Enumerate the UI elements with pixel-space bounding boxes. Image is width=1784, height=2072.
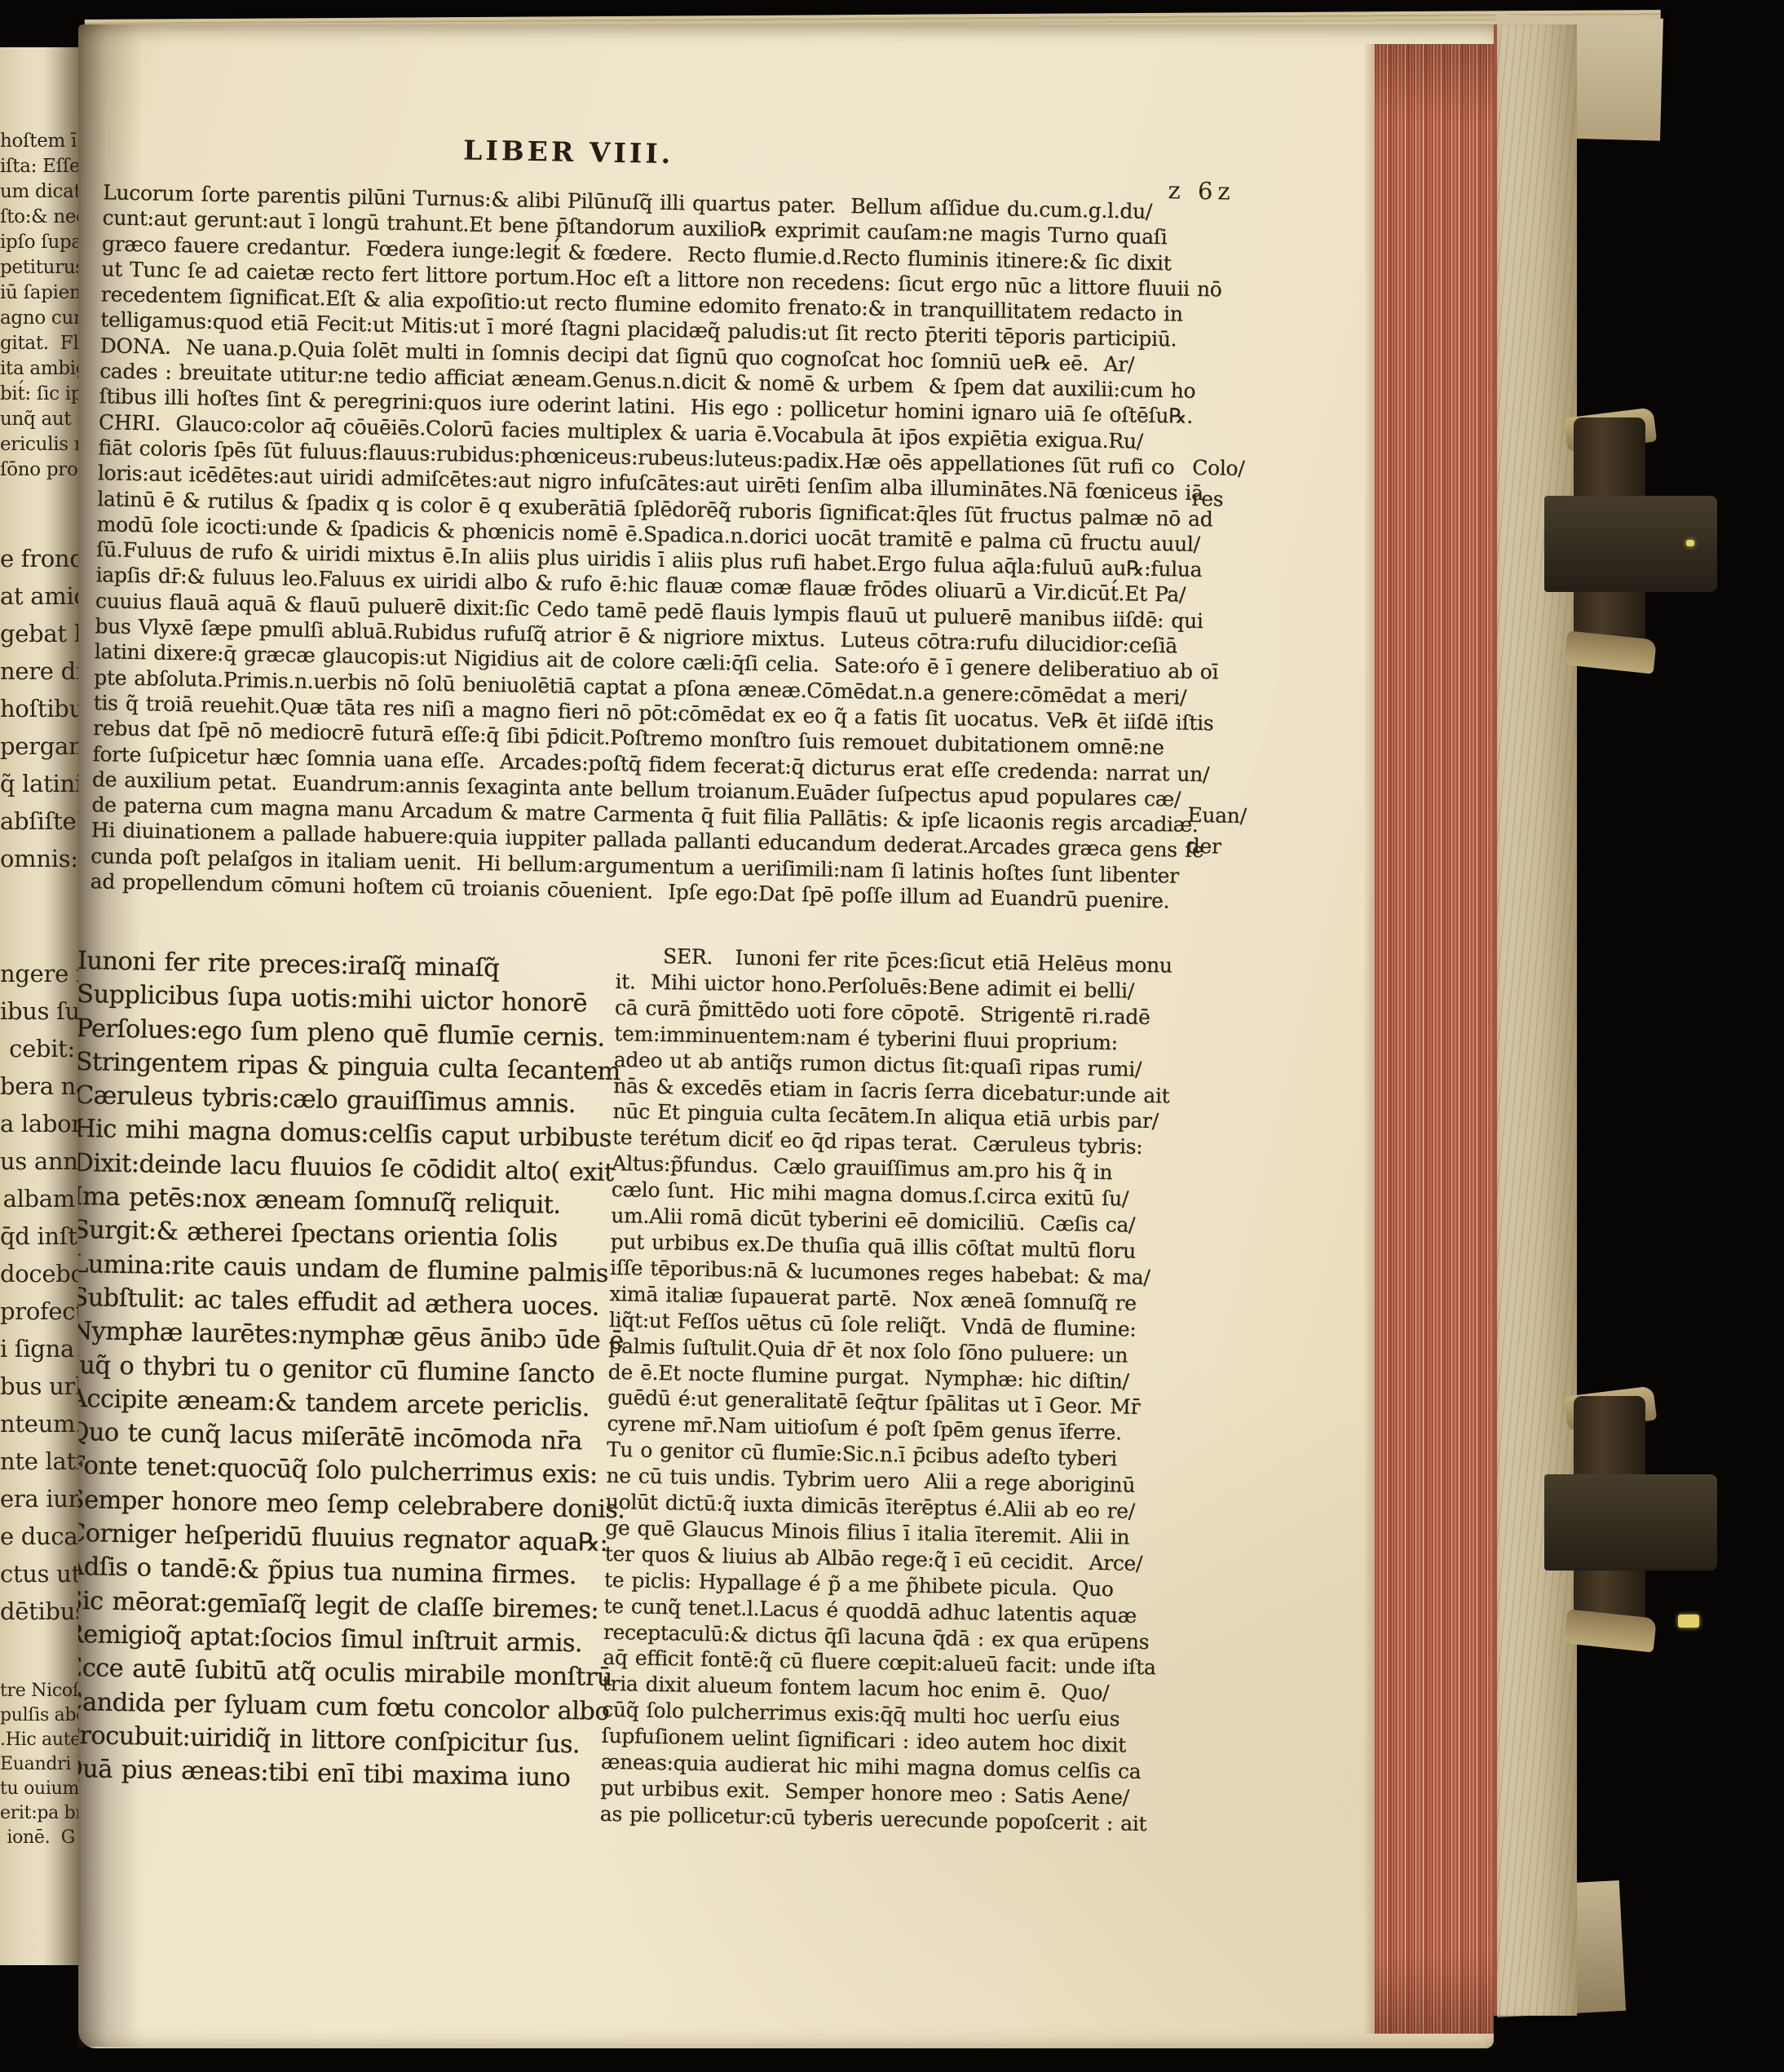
margin-note-colores: Colo/res [1191, 453, 1282, 516]
facing-page-fragments-middle: e frondesat amictugebat harūdo.nere dict… [0, 540, 78, 877]
text-line: Euan/ [1187, 800, 1278, 833]
facing-page-fragments-middle2: ngere ſomnū:ibus ſuscebit:bera nati.a la… [0, 955, 78, 1630]
text-line: hoſtem ī auxi/ [0, 129, 75, 154]
text-line: era iunge. [0, 1480, 75, 1518]
clasp-top-glint [1686, 540, 1694, 546]
clasp-top [1526, 417, 1718, 666]
text-line: pulſis aborigi/ [0, 1703, 75, 1728]
text-line: q̃ latinis. [0, 765, 75, 802]
text-line: iſta: Eſſe obuiā/ [0, 154, 75, 179]
text-line: hoſtibus urbē [0, 690, 75, 727]
text-line: bus urbem. [0, 1367, 75, 1405]
text-line: iū ſapientiſſimū [0, 281, 75, 306]
text-line: ibus ſus [0, 992, 75, 1030]
text-line: ſto:& neceſſario [0, 205, 75, 230]
text-line: at amictu [0, 577, 75, 615]
text-line: ita ambiguus re [0, 356, 75, 382]
text-line: pergama ſeruas [0, 727, 75, 765]
book-photo: hoſtem ī auxi/iſta: Eſſe obuiā/um dicat … [0, 0, 1784, 2072]
text-line: petiturus ſit:ne [0, 255, 75, 281]
text-line: erit:pa breuiſē [0, 1801, 75, 1826]
text-line: unq̃ aut ad rē ſa/ [0, 407, 75, 432]
facing-page-edge: hoſtem ī auxi/iſta: Eſſe obuiā/um dicat … [0, 47, 78, 1965]
right-commentary-column: SER. Iunoni fer rite p̄ces:ſicut etiā He… [600, 943, 1187, 1837]
text-line: nteum. [0, 1405, 75, 1442]
text-line: um dicat ſe fatis [0, 179, 75, 205]
text-line: nte latina. [0, 1442, 75, 1480]
text-line: tre Nicoſtrata q̄ [0, 1679, 75, 1703]
facing-page-fragments-lower: tre Nicoſtrata q̄pulſis aborigi/.Hic aut… [0, 1679, 78, 1850]
text-line: gebat harūdo. [0, 615, 75, 652]
text-line: bera nati. [0, 1067, 75, 1105]
text-line: .Hic autem pa/ [0, 1728, 75, 1752]
text-line: ericulis reſiſtunt [0, 432, 75, 457]
text-line: dētibus aſtris [0, 1593, 75, 1630]
text-line: a laborum: [0, 1105, 75, 1142]
text-line: ionē. G [0, 1826, 75, 1850]
top-commentary: Lucorum ſorte parentis pilūni Turnus:& a… [90, 179, 1205, 914]
text-line: der [1186, 831, 1277, 864]
text-line: res [1191, 484, 1282, 516]
text-line: gitat. Fluctuat: [0, 331, 75, 356]
page-header: LIBER VIII. [430, 134, 708, 170]
text-line: us annis [0, 1142, 75, 1180]
text-line: abſiſte)nēates: [0, 802, 75, 840]
text-line: Colo/ [1192, 453, 1283, 485]
clasp-bottom-glint [1678, 1615, 1699, 1628]
text-line: ctus ut amnē: [0, 1555, 75, 1593]
fore-edge [1375, 44, 1494, 2034]
text-line: albam [0, 1180, 75, 1217]
text-line: docebo. [0, 1255, 75, 1292]
margin-note-euander: Euan/der [1186, 800, 1277, 864]
text-line: ngere ſomnū: [0, 955, 75, 992]
text-line: e ducam: [0, 1518, 75, 1555]
clasp-bottom [1526, 1396, 1718, 1645]
clasp-bottom-metal-plate [1544, 1474, 1717, 1571]
text-line: profectum [0, 1292, 75, 1330]
text-line: nere dictis. [0, 652, 75, 690]
text-line: Euandri Palan/ [0, 1752, 75, 1777]
text-line: cebit: [0, 1030, 75, 1067]
verse-column: Iunoni fer rite preces:iraſq̃ minaſq̃Sup… [78, 944, 640, 1796]
text-line: tu ouium balā/ [0, 1777, 75, 1801]
text-line: agno cura℞.ſ.æ. [0, 306, 75, 331]
text-line: q̄d inſtat [0, 1217, 75, 1255]
text-line: bit́: ſic ipſe mō i [0, 382, 75, 407]
text-line: omnis:& iræ [0, 840, 75, 877]
facing-page-fragments-upper: hoſtem ī auxi/iſta: Eſſe obuiā/um dicat … [0, 129, 78, 483]
cover-edge [1494, 24, 1577, 2016]
page: LIBER VIII. z 6z Lucorum ſorte parentis … [78, 24, 1494, 2048]
text-line: ſōno procubuit. [0, 457, 75, 483]
page-text-layer: LIBER VIII. z 6z Lucorum ſorte parentis … [78, 24, 1494, 2048]
text-line: ipſo ſupatus ſit. [0, 230, 75, 255]
text-line: i ſigna ſecuti [0, 1330, 75, 1367]
text-line: e frondes [0, 540, 75, 577]
